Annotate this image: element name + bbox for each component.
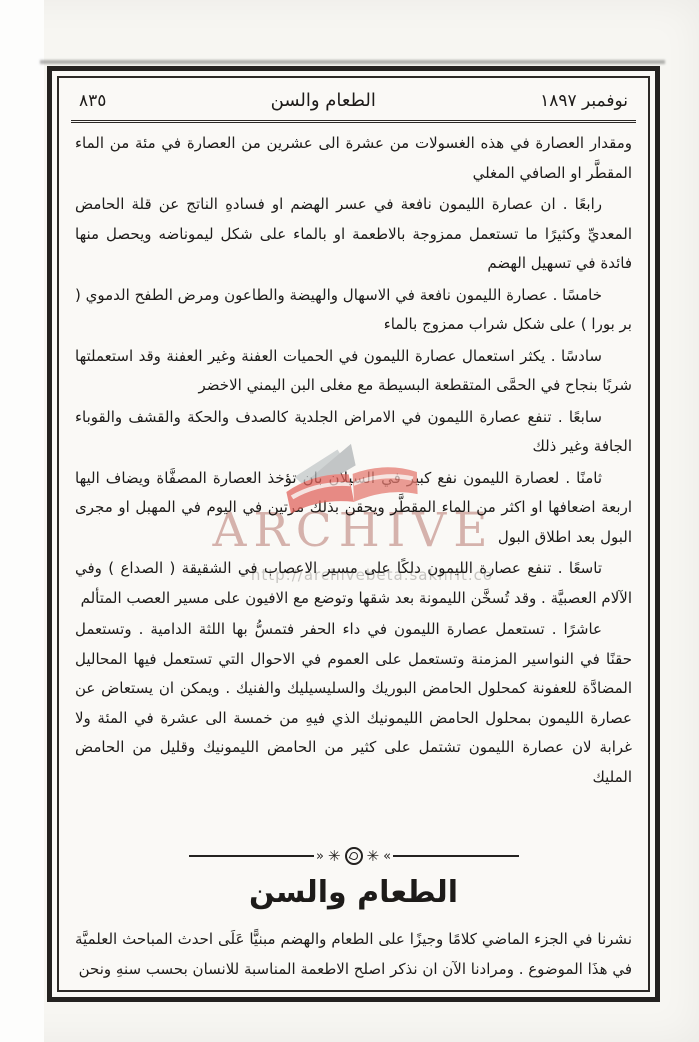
header-running-title: الطعام والسن (271, 90, 376, 111)
scanned-magazine-page: نوفمبر ١٨٩٧ الطعام والسن ٨٣٥ ومقدار العص… (0, 0, 699, 1042)
article-body: ومقدار العصارة في هذه الغسولات من عشرة ا… (71, 123, 636, 833)
closing-paragraph: نشرنا في الجزء الماضي كلامًا وجيزًا على … (71, 924, 636, 984)
body-paragraph: تاسعًا . تنفع عصارة الليمون دلكًا على مس… (75, 554, 632, 613)
star-ornament-icon: ✳ (365, 849, 382, 864)
divider-line (189, 855, 314, 857)
body-paragraph: خامسًا . عصارة الليمون نافعة في الاسهال … (75, 281, 632, 340)
body-paragraph: سادسًا . يكثر استعمال عصارة الليمون في ا… (75, 342, 632, 401)
page-header: نوفمبر ١٨٩٧ الطعام والسن ٨٣٥ (71, 82, 636, 123)
body-paragraph: عاشرًا . تستعمل عصارة الليمون في داء الح… (75, 615, 632, 792)
header-issue-date: نوفمبر ١٨٩٧ (540, 91, 628, 111)
section-title: الطعام والسن (71, 875, 636, 910)
star-ornament-icon: ✳ (326, 849, 343, 864)
page-content: نوفمبر ١٨٩٧ الطعام والسن ٨٣٥ ومقدار العص… (59, 78, 648, 990)
page-inner-frame: نوفمبر ١٨٩٧ الطعام والسن ٨٣٥ ومقدار العص… (57, 76, 650, 992)
page-border-frame: نوفمبر ١٨٩٧ الطعام والسن ٨٣٥ ومقدار العص… (47, 66, 660, 1002)
medallion-ornament-icon (345, 847, 363, 865)
divider-tick-ornament: « (381, 850, 393, 863)
medallion-inner-swirl (348, 851, 359, 862)
body-paragraph: سابعًا . تنفع عصارة الليمون في الامراض ا… (75, 403, 632, 462)
body-paragraph: ثامنًا . لعصارة الليمون نفع كبير في السي… (75, 464, 632, 553)
divider-tick-ornament: » (314, 850, 326, 863)
section-divider: » ✳ ✳ « (189, 847, 519, 865)
body-paragraph: ومقدار العصارة في هذه الغسولات من عشرة ا… (75, 129, 632, 188)
divider-line (393, 855, 518, 857)
header-page-number: ٨٣٥ (79, 91, 106, 111)
body-paragraph: رابعًا . ان عصارة الليمون نافعة في عسر ا… (75, 190, 632, 279)
